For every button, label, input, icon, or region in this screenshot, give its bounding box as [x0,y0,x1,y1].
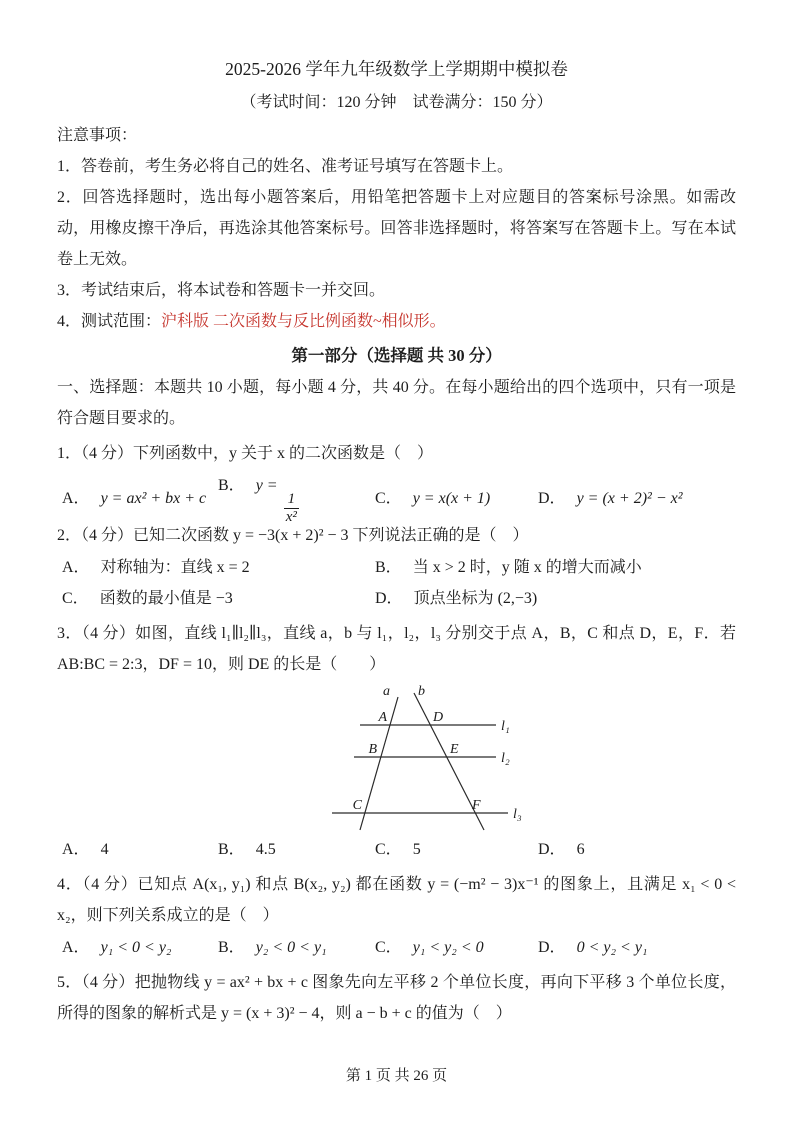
option-c-label: C． [375,939,402,956]
option-b-label: B． [218,841,245,858]
figure-label-l1: l₁ [501,719,510,734]
question-3-option-c: C．5 [375,834,538,865]
option-d-label: D． [538,490,566,507]
option-a-text: y₁ < 0 < y₂ [101,939,172,956]
question-3-options: A．4 B．4.5 C．5 D．6 [57,834,736,865]
figure-label-E: E [449,742,459,757]
option-b-text: y = [256,477,278,494]
notice-item-4-prefix: 4．测试范围： [57,313,161,330]
question-1-option-a: A．y = ax² + bx + c [62,483,218,514]
notice-item-3: 3．考试结束后，将本试卷和答题卡一并交回。 [57,275,736,306]
exam-meta-line: （考试时间：120 分钟 试卷满分：150 分） [57,86,736,120]
question-4-option-d: D．0 < y₂ < y₁ [538,932,736,963]
question-2-options: A．对称轴为：直线 x = 2 B．当 x > 2 时，y 随 x 的增大而减小… [57,552,736,614]
option-b-label: B． [218,477,245,494]
question-1: 1．（4 分）下列函数中，y 关于 x 的二次函数是（ ） A．y = ax² … [57,438,736,516]
test-scope-text: 沪科版 二次函数与反比例函数~相似形。 [161,313,446,330]
option-d-text: 6 [577,841,585,858]
option-c-text: y₁ < y₂ < 0 [413,939,484,956]
notice-item-2: 2．回答选择题时，选出每小题答案后，用铅笔把答题卡上对应题目的答案标号涂黑。如需… [57,182,736,275]
question-4: 4．（4 分）已知点 A(x₁, y₁) 和点 B(x₂, y₂) 都在函数 y… [57,869,736,963]
option-d-label: D． [375,590,403,607]
option-a-label: A． [62,559,90,576]
notice-item-1: 1．答卷前，考生务必将自己的姓名、准考证号填写在答题卡上。 [57,151,736,182]
option-d-text: 0 < y₂ < y₁ [577,939,648,956]
parallel-lines-figure: a b A D B E C F l₁ l₂ l₃ [310,683,545,833]
question-3-stem: 3．（4 分）如图，直线 l₁∥l₂∥l₃，直线 a，b 与 l₁，l₂，l₃ … [57,618,736,680]
option-b-text: 当 x > 2 时，y 随 x 的增大而减小 [413,559,642,576]
option-c-label: C． [375,841,402,858]
question-2-option-d: D．顶点坐标为 (2,−3) [375,583,736,614]
option-c-text: 5 [413,841,421,858]
notices-heading: 注意事项： [57,120,736,151]
question-4-option-c: C．y₁ < y₂ < 0 [375,932,538,963]
option-a-text: y = ax² + bx + c [101,490,207,507]
option-a-text: 4 [101,841,109,858]
option-d-text: y = (x + 2)² − x² [577,490,683,507]
option-d-text: 顶点坐标为 (2,−3) [414,590,538,607]
question-1-stem: 1．（4 分）下列函数中，y 关于 x 的二次函数是（ ） [57,438,736,469]
figure-label-F: F [471,798,481,813]
question-1-options: A．y = ax² + bx + c B．y =1x² C．y = x(x + … [57,470,736,516]
figure-label-D: D [432,710,443,725]
option-b-label: B． [375,559,402,576]
figure-label-a: a [383,684,390,699]
question-4-options: A．y₁ < 0 < y₂ B．y₂ < 0 < y₁ C．y₁ < y₂ < … [57,932,736,963]
option-b-label: B． [218,939,245,956]
figure-label-b: b [418,684,425,699]
figure-label-B: B [368,742,377,757]
question-3-option-d: D．6 [538,834,736,865]
option-a-text: 对称轴为：直线 x = 2 [101,559,250,576]
figure-label-A: A [377,710,387,725]
question-2-option-b: B．当 x > 2 时，y 随 x 的增大而减小 [375,552,736,583]
option-a-label: A． [62,490,90,507]
question-3-option-a: A．4 [62,834,218,865]
notice-item-4: 4．测试范围：沪科版 二次函数与反比例函数~相似形。 [57,306,736,337]
exam-paper-page: 2025-2026 学年九年级数学上学期期中模拟卷 （考试时间：120 分钟 试… [0,0,793,1122]
option-b-text: 4.5 [256,841,276,858]
question-5-stem: 5．（4 分）把抛物线 y = ax² + bx + c 图象先向左平移 2 个… [57,967,736,1029]
page-footer: 第 1 页 共 26 页 [0,1062,793,1090]
option-d-label: D． [538,939,566,956]
option-a-label: A． [62,841,90,858]
question-4-option-a: A．y₁ < 0 < y₂ [62,932,218,963]
question-2-option-a: A．对称轴为：直线 x = 2 [62,552,375,583]
option-b-text: y₂ < 0 < y₁ [256,939,327,956]
question-2-option-c: C．函数的最小值是 −3 [62,583,375,614]
page-title: 2025-2026 学年九年级数学上学期期中模拟卷 [57,52,736,86]
option-c-label: C． [375,490,402,507]
option-c-text: 函数的最小值是 −3 [100,590,233,607]
option-a-label: A． [62,939,90,956]
question-1-option-c: C．y = x(x + 1) [375,483,538,514]
figure-label-C: C [353,798,363,813]
option-c-text: y = x(x + 1) [413,490,491,507]
option-c-label: C． [62,590,89,607]
figure-label-l2: l₂ [501,751,510,766]
question-3-option-b: B．4.5 [218,834,375,865]
option-d-label: D． [538,841,566,858]
figure-label-l3: l₃ [513,807,522,822]
question-2-stem: 2．（4 分）已知二次函数 y = −3(x + 2)² − 3 下列说法正确的… [57,520,736,551]
part1-intro: 一、选择题：本题共 10 小题，每小题 4 分，共 40 分。在每小题给出的四个… [57,372,736,434]
question-1-option-b: B．y =1x² [218,470,375,526]
question-5: 5．（4 分）把抛物线 y = ax² + bx + c 图象先向左平移 2 个… [57,967,736,1029]
question-3-figure-wrap: a b A D B E C F l₁ l₂ l₃ [57,683,736,833]
question-3: 3．（4 分）如图，直线 l₁∥l₂∥l₃，直线 a，b 与 l₁，l₂，l₃ … [57,618,736,865]
question-4-stem: 4．（4 分）已知点 A(x₁, y₁) 和点 B(x₂, y₂) 都在函数 y… [57,869,736,931]
part1-heading: 第一部分（选择题 共 30 分） [57,339,736,372]
question-4-option-b: B．y₂ < 0 < y₁ [218,932,375,963]
question-2: 2．（4 分）已知二次函数 y = −3(x + 2)² − 3 下列说法正确的… [57,520,736,614]
question-1-option-d: D．y = (x + 2)² − x² [538,483,736,514]
fraction-numerator: 1 [284,491,300,509]
